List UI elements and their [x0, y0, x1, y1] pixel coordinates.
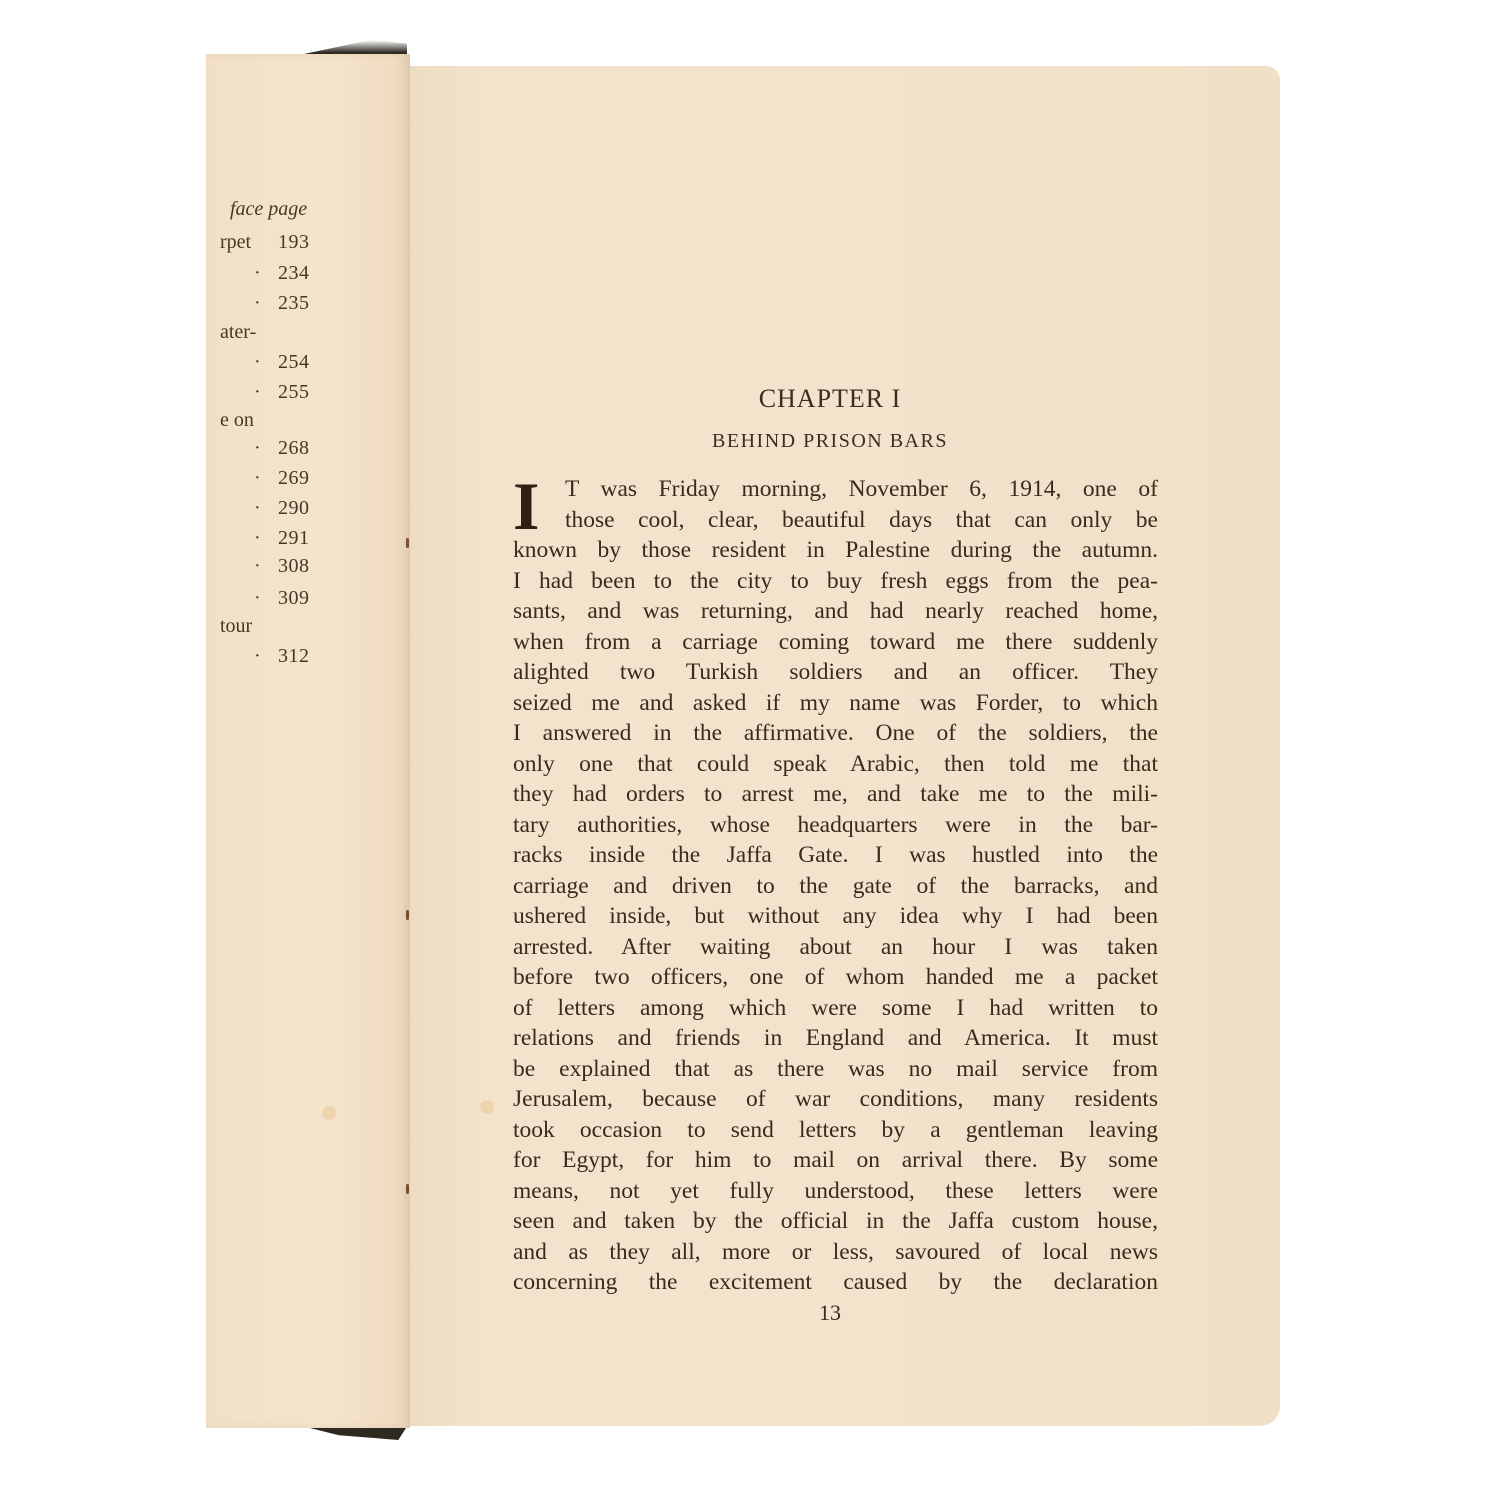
text-line: those cool, clear, beautiful days that c… — [513, 505, 1158, 536]
text-line: of letters among which were some I had w… — [513, 993, 1158, 1024]
entry-text-fragment: e on — [220, 408, 254, 432]
text-line: and as they all, more or less, savoured … — [513, 1237, 1158, 1268]
entry-text-fragment: ater- — [220, 320, 256, 344]
text-line: Jerusalem, because of war conditions, ma… — [513, 1084, 1158, 1115]
chapter-subtitle: BEHIND PRISON BARS — [410, 430, 1250, 453]
page-reference: 308 — [278, 554, 310, 578]
text-line: for Egypt, for him to mail on arrival th… — [513, 1145, 1158, 1176]
text-line: tary authorities, whose headquarters wer… — [513, 810, 1158, 841]
chapter-body: I T was Friday morning, November 6, 1914… — [513, 474, 1158, 1298]
face-page-header: face page — [230, 198, 307, 221]
text-line: known by those resident in Palestine dur… — [513, 535, 1158, 566]
leader-dot: · — [254, 466, 261, 490]
paper-mark — [406, 1184, 409, 1194]
page-reference: 291 — [278, 526, 310, 550]
text-line: be explained that as there was no mail s… — [513, 1054, 1158, 1085]
illustrations-list: face page rpet193·234·235ater-·254·255e … — [206, 54, 410, 1428]
text-line: alighted two Turkish soldiers and an off… — [513, 657, 1158, 688]
leader-dot: · — [254, 380, 261, 404]
text-line: means, not yet fully understood, these l… — [513, 1176, 1158, 1207]
leader-dot: · — [254, 526, 261, 550]
text-line: they had orders to arrest me, and take m… — [513, 779, 1158, 810]
text-line: only one that could speak Arabic, then t… — [513, 749, 1158, 780]
text-line: seized me and asked if my name was Forde… — [513, 688, 1158, 719]
left-page: face page rpet193·234·235ater-·254·255e … — [206, 54, 410, 1428]
text-line: before two officers, one of whom handed … — [513, 962, 1158, 993]
page-reference: 309 — [278, 586, 310, 610]
text-line: sants, and was returning, and had nearly… — [513, 596, 1158, 627]
text-line: carriage and driven to the gate of the b… — [513, 871, 1158, 902]
page-reference: 193 — [278, 230, 310, 254]
paper-stain — [322, 1106, 336, 1120]
text-line: ushered inside, but without any idea why… — [513, 901, 1158, 932]
text-line: I answered in the affirmative. One of th… — [513, 718, 1158, 749]
chapter-title: CHAPTER I — [410, 384, 1250, 414]
page-reference: 269 — [278, 466, 310, 490]
text-line: concerning the excitement caused by the … — [513, 1267, 1158, 1298]
text-line: racks inside the Jaffa Gate. I was hustl… — [513, 840, 1158, 871]
text-line: took occasion to send letters by a gentl… — [513, 1115, 1158, 1146]
page-reference: 268 — [278, 436, 310, 460]
leader-dot: · — [254, 496, 261, 520]
page-reference: 255 — [278, 380, 310, 404]
page-reference: 254 — [278, 350, 310, 374]
leader-dot: · — [254, 291, 261, 315]
text-line: arrested. After waiting about an hour I … — [513, 932, 1158, 963]
drop-cap: I — [513, 476, 539, 536]
leader-dot: · — [254, 436, 261, 460]
text-line: relations and friends in England and Ame… — [513, 1023, 1158, 1054]
text-line: T was Friday morning, November 6, 1914, … — [513, 474, 1158, 505]
paper-mark — [406, 538, 409, 548]
page-reference: 290 — [278, 496, 310, 520]
leader-dot: · — [254, 350, 261, 374]
entry-text-fragment: rpet — [220, 230, 251, 254]
leader-dot: · — [254, 586, 261, 610]
paper-mark — [406, 910, 409, 920]
text-line: seen and taken by the official in the Ja… — [513, 1206, 1158, 1237]
page-reference: 234 — [278, 261, 310, 285]
book-binding-bottom — [310, 1428, 406, 1440]
leader-dot: · — [254, 644, 261, 668]
page-reference: 235 — [278, 291, 310, 315]
text-line: I had been to the city to buy fresh eggs… — [513, 566, 1158, 597]
paper-stain — [480, 1100, 494, 1114]
leader-dot: · — [254, 554, 261, 578]
entry-text-fragment: tour — [220, 614, 252, 638]
page-number: 13 — [410, 1300, 1250, 1326]
text-line: when from a carriage coming toward me th… — [513, 627, 1158, 658]
page-reference: 312 — [278, 644, 310, 668]
leader-dot: · — [254, 261, 261, 285]
right-page: CHAPTER I BEHIND PRISON BARS I T was Fri… — [410, 66, 1280, 1426]
